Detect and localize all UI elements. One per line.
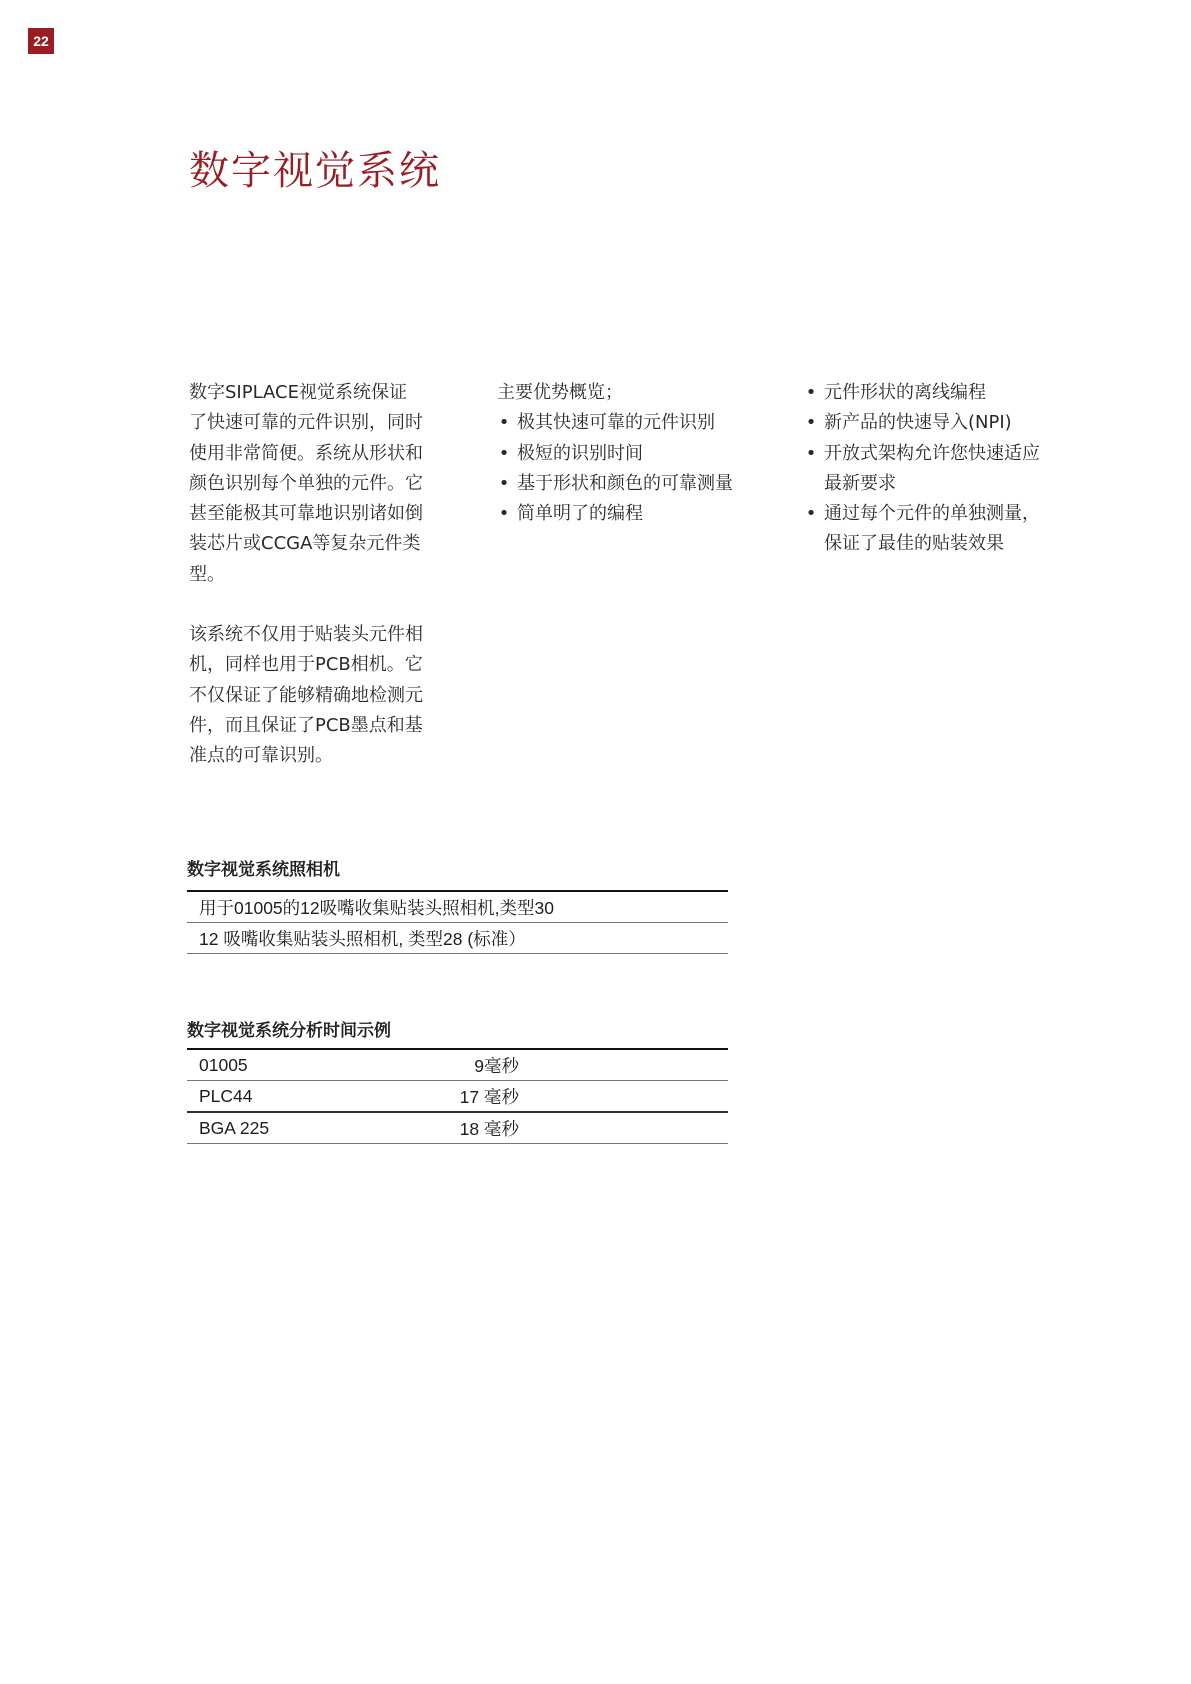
text-line: 甚至能极其可靠地识别诸如倒 xyxy=(189,499,457,529)
advantages-list-1: • 极其快速可靠的元件识别 • 极短的识别时间 • 基于形状和颜色的可靠测量 •… xyxy=(497,408,787,529)
list-item-label: 新产品的快速导入(NPI) xyxy=(824,412,1012,433)
time-cell: 9毫秒 xyxy=(449,1049,728,1081)
list-item: • 开放式架构允许您快速适应 最新要求 xyxy=(804,439,1104,500)
table-row: 12 吸嘴收集贴装头照相机, 类型28 (标准） xyxy=(187,923,728,954)
list-item-continuation: 保证了最佳的贴装效果 xyxy=(824,529,1104,559)
time-value: 17 毫秒 xyxy=(449,1084,519,1109)
intro-paragraph-2: 该系统不仅用于贴装头元件相 机，同样也用于PCB相机。它 不仅保证了能够精确地检… xyxy=(189,620,457,771)
intro-column: 数字SIPLACE视觉系统保证 了快速可靠的元件识别，同时 使用非常简便。系统从… xyxy=(189,378,457,772)
text-line: 准点的可靠识别。 xyxy=(189,741,457,771)
bullet-icon: • xyxy=(497,408,511,438)
list-item: • 新产品的快速导入(NPI) xyxy=(804,408,1104,438)
text-line: 件，而且保证了PCB墨点和基 xyxy=(189,711,457,741)
list-item-label: 极短的识别时间 xyxy=(517,443,643,464)
table-row: 01005 9毫秒 xyxy=(187,1049,728,1081)
analysis-time-table: 01005 9毫秒 PLC44 17 毫秒 BGA 225 18 毫秒 xyxy=(187,1048,728,1144)
text-line: 该系统不仅用于贴装头元件相 xyxy=(189,620,457,650)
analysis-time-table-section: 数字视觉系统分析时间示例 01005 9毫秒 PLC44 17 毫秒 BGA 2… xyxy=(187,1019,728,1144)
text-line: 了快速可靠的元件识别，同时 xyxy=(189,408,457,438)
list-item: • 简单明了的编程 xyxy=(497,499,787,529)
cameras-table-heading: 数字视觉系统照相机 xyxy=(187,858,728,882)
list-item-label: 简单明了的编程 xyxy=(517,503,643,524)
time-value: 9毫秒 xyxy=(449,1053,519,1078)
list-item-label: 元件形状的离线编程 xyxy=(824,382,986,403)
text-line: 数字SIPLACE视觉系统保证 xyxy=(189,378,457,408)
time-cell: 17 毫秒 xyxy=(449,1081,728,1113)
table-row: BGA 225 18 毫秒 xyxy=(187,1112,728,1144)
text-line: 不仅保证了能够精确地检测元 xyxy=(189,681,457,711)
time-cell: 18 毫秒 xyxy=(449,1112,728,1144)
list-item-label: 极其快速可靠的元件识别 xyxy=(517,412,715,433)
list-item-label: 开放式架构允许您快速适应 xyxy=(824,443,1040,464)
advantages-heading: 主要优势概览； xyxy=(497,378,787,408)
advantages-list-2: • 元件形状的离线编程 • 新产品的快速导入(NPI) • 开放式架构允许您快速… xyxy=(804,378,1104,560)
bullet-icon: • xyxy=(804,378,818,408)
text-line: 机，同样也用于PCB相机。它 xyxy=(189,650,457,680)
list-item: • 极其快速可靠的元件识别 xyxy=(497,408,787,438)
list-item-label: 基于形状和颜色的可靠测量 xyxy=(517,473,733,494)
list-item: • 基于形状和颜色的可靠测量 xyxy=(497,469,787,499)
list-item: • 元件形状的离线编程 xyxy=(804,378,1104,408)
text-line: 装芯片或CCGA等复杂元件类 xyxy=(189,529,457,559)
bullet-icon: • xyxy=(497,439,511,469)
table-row: PLC44 17 毫秒 xyxy=(187,1081,728,1113)
table-cell: 12 吸嘴收集贴装头照相机, 类型28 (标准） xyxy=(187,923,728,954)
list-item-label: 通过每个元件的单独测量， xyxy=(824,503,1040,524)
time-value: 18 毫秒 xyxy=(449,1116,519,1141)
intro-paragraph-1: 数字SIPLACE视觉系统保证 了快速可靠的元件识别，同时 使用非常简便。系统从… xyxy=(189,378,457,590)
table-cell: 用于01005的12吸嘴收集贴装头照相机,类型30 xyxy=(187,891,728,923)
bullet-icon: • xyxy=(497,469,511,499)
component-cell: PLC44 xyxy=(187,1081,449,1113)
page-number-badge: 22 xyxy=(28,28,54,54)
cameras-table-section: 数字视觉系统照相机 用于01005的12吸嘴收集贴装头照相机,类型30 12 吸… xyxy=(187,858,728,954)
component-cell: BGA 225 xyxy=(187,1112,449,1144)
advantages-column-1: 主要优势概览； • 极其快速可靠的元件识别 • 极短的识别时间 • 基于形状和颜… xyxy=(497,378,787,529)
list-item: • 极短的识别时间 xyxy=(497,439,787,469)
component-cell: 01005 xyxy=(187,1049,449,1081)
text-line: 使用非常简便。系统从形状和 xyxy=(189,439,457,469)
bullet-icon: • xyxy=(804,499,818,529)
advantages-column-2: • 元件形状的离线编程 • 新产品的快速导入(NPI) • 开放式架构允许您快速… xyxy=(804,378,1104,560)
list-item-continuation: 最新要求 xyxy=(824,469,1104,499)
list-item: • 通过每个元件的单独测量， 保证了最佳的贴装效果 xyxy=(804,499,1104,560)
table-row: 用于01005的12吸嘴收集贴装头照相机,类型30 xyxy=(187,891,728,923)
bullet-icon: • xyxy=(804,439,818,469)
text-line: 型。 xyxy=(189,560,457,590)
bullet-icon: • xyxy=(804,408,818,438)
text-line: 颜色识别每个单独的元件。它 xyxy=(189,469,457,499)
cameras-table: 用于01005的12吸嘴收集贴装头照相机,类型30 12 吸嘴收集贴装头照相机,… xyxy=(187,890,728,954)
page-title: 数字视觉系统 xyxy=(189,144,441,198)
analysis-time-table-heading: 数字视觉系统分析时间示例 xyxy=(187,1019,728,1043)
bullet-icon: • xyxy=(497,499,511,529)
